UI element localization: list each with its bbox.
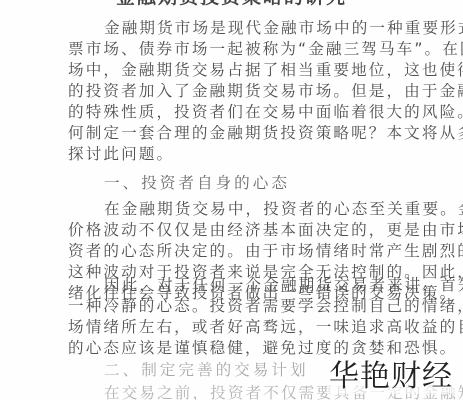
intro-line-7: 探讨此问题。	[68, 145, 398, 163]
intro-line-4: 的投资者加入了金融期货交易市场。但是，由于金融期货市场	[68, 82, 398, 100]
document-page: 金融期货投资策略的研究 金融期货市场是现代金融市场中的一种重要形式，其与股 票市…	[0, 0, 463, 400]
intro-line-1: 金融期货市场是现代金融市场中的一种重要形式，其与股	[68, 19, 434, 37]
s1p1-line-3: 资者的心态所决定的。由于市场情绪时常产生剧烈的波动，而	[68, 242, 398, 260]
s1p2-line-3: 场情绪所左右，或者好高骛远，一味追求高收益的目标。正确	[68, 318, 398, 336]
intro-line-6: 何制定一套合理的金融期货投资策略呢？本文将从多个角度来	[68, 124, 398, 142]
s1p2-line-1: 因此，对于任何一个金融期货交易者来讲，首先需要保持	[68, 276, 434, 294]
s1p2-line-4: 的心态应该是谨慎稳健，避免过度的贪婪和恐惧。	[68, 339, 398, 357]
section-heading-1: 一、投资者自身的心态	[68, 174, 434, 192]
s1p2-line-2: 一种冷静的心态。投资者需要学会控制自己的情绪，不要被市	[68, 297, 398, 315]
intro-line-5: 的特殊性质，投资者们在交易中面临着很大的风险。那么，如	[68, 103, 398, 121]
watermark-logo-text: 华艳财经	[327, 360, 455, 394]
s1p1-line-1: 在金融期货交易中，投资者的心态至关重要。金融市场的	[68, 200, 434, 218]
intro-line-3: 场中，金融期货交易占据了相当重要地位，这也使得越来越多	[68, 61, 398, 79]
s1p1-line-2: 价格波动不仅仅是由经济基本面决定的，更是由市场情绪和投	[68, 221, 398, 239]
intro-line-2: 票市场、债券市场一起被称为“金融三驾马车”。在国际金融市	[68, 40, 398, 58]
document-title: 金融期货投资策略的研究	[0, 0, 463, 7]
